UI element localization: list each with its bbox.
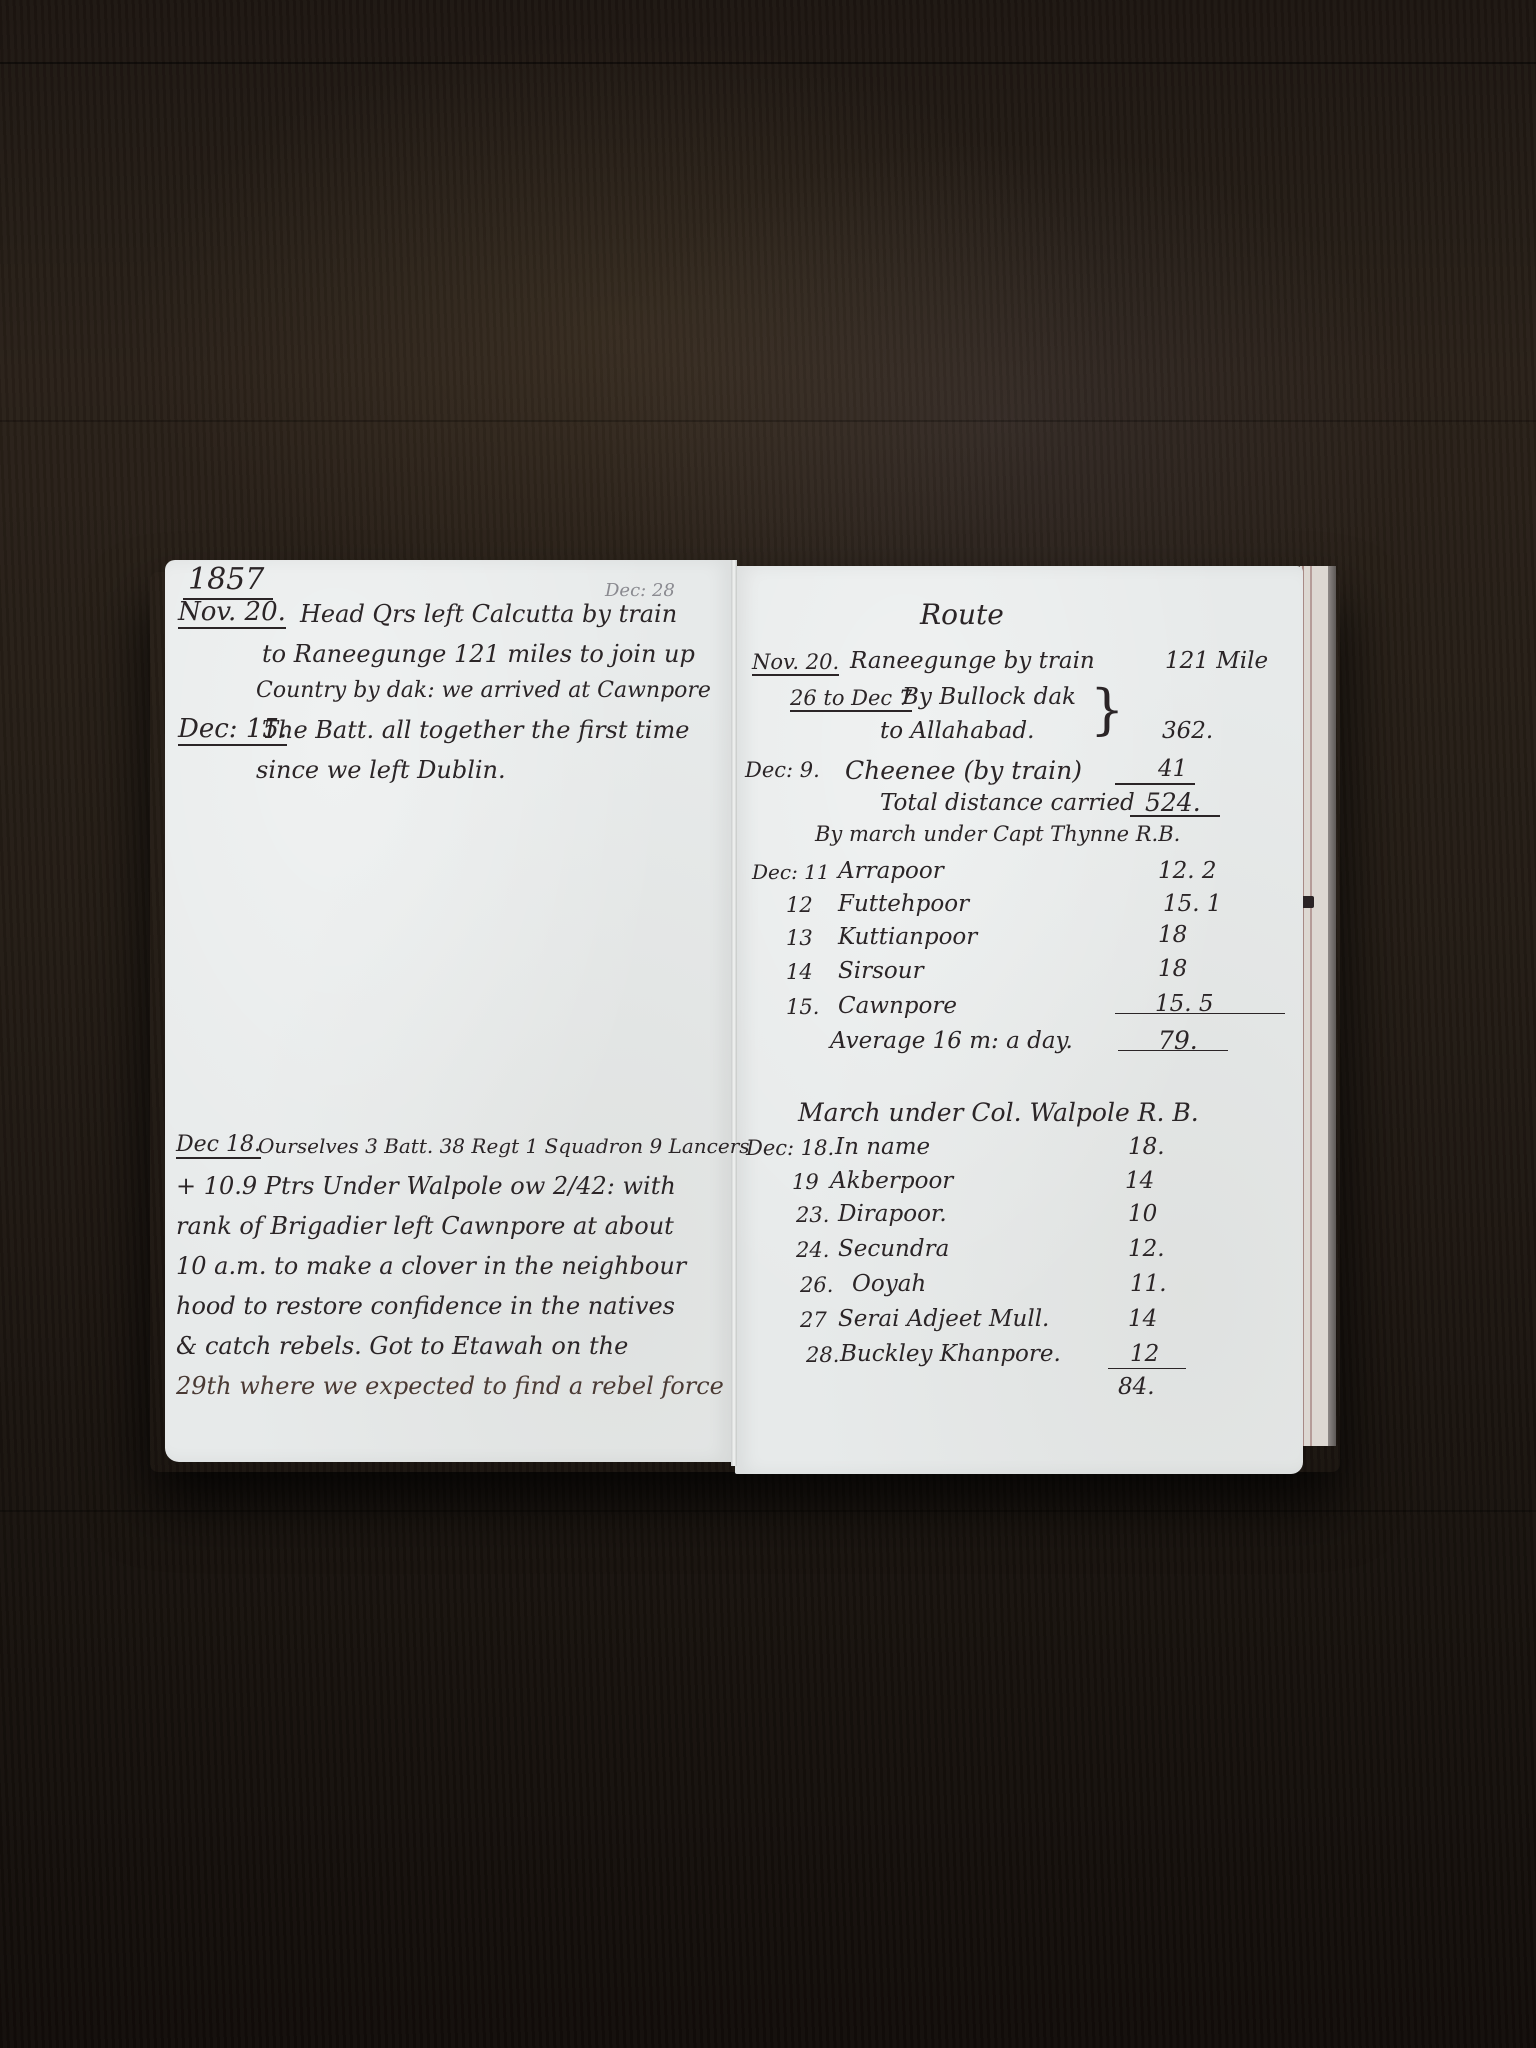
march-heading: By march under Capt Thynne R.B. [815, 822, 1180, 846]
table-plank-seam [0, 1510, 1536, 1512]
route-place: Kuttianpoor [838, 924, 977, 950]
route-distance: 41 [1158, 756, 1187, 782]
route-place: Arrapoor [838, 858, 944, 884]
route-distance: 14 [1125, 1168, 1154, 1194]
route-place: Secundra [838, 1236, 949, 1262]
sum-rule [1115, 1013, 1285, 1014]
route-place: Buckley Khanpore. [840, 1341, 1061, 1367]
route-date: 15. [786, 995, 819, 1019]
route-date: 26. [800, 1273, 833, 1297]
total-underline [1130, 815, 1220, 817]
entry-line: 10 a.m. to make a clover in the neighbou… [176, 1252, 686, 1280]
total-distance-value: 524. [1145, 788, 1201, 817]
route-date: 24. [796, 1238, 829, 1262]
route-place: Cawnpore [838, 993, 957, 1019]
route-distance: 12. [1128, 1236, 1165, 1262]
route-distance: 12. 2 [1158, 858, 1217, 884]
route-place: Cheenee (by train) [845, 756, 1082, 785]
entry-line: The Batt. all together the first time [262, 716, 689, 744]
route-date: 26 to Dec 7 [790, 686, 912, 712]
entry-date: Dec 18. [176, 1132, 261, 1159]
route-distance: 18. [1128, 1134, 1165, 1160]
route-place: By Bullock dak [902, 684, 1076, 710]
route-place: Dirapoor. [838, 1201, 947, 1227]
route-place: Futtehpoor [838, 891, 969, 917]
route-distance: 362. [1162, 718, 1213, 744]
entry-line: 29th where we expected to find a rebel f… [176, 1372, 724, 1400]
route-distance: 12 [1130, 1341, 1159, 1367]
year-heading: 1857 [188, 562, 264, 597]
route-date: 27 [800, 1308, 827, 1332]
route-date: 12 [786, 893, 813, 917]
entry-line: to Raneegunge 121 miles to join up [262, 640, 695, 668]
route-date: 19 [792, 1170, 819, 1194]
total-distance-label: Total distance carried [880, 790, 1135, 816]
entry-line: hood to restore confidence in the native… [176, 1292, 675, 1320]
route-distance: 18 [1158, 956, 1187, 982]
entry-line: + 10.9 Ptrs Under Walpole ow 2/42: with [176, 1172, 676, 1200]
route-date: Nov. 20. [752, 650, 839, 676]
march-total: 84. [1118, 1374, 1155, 1400]
route-distance: 121 Mile [1165, 648, 1268, 674]
route-place: Sirsour [838, 958, 924, 984]
average-label: Average 16 m: a day. [830, 1028, 1073, 1054]
route-place: Serai Adjeet Mull. [838, 1306, 1049, 1332]
total-underline [1118, 1050, 1228, 1051]
table-plank-seam [0, 420, 1536, 422]
sum-rule [1115, 783, 1195, 785]
entry-line: Head Qrs left Calcutta by train [300, 600, 677, 628]
sum-rule [1108, 1368, 1186, 1369]
route-date: 14 [786, 960, 813, 984]
entry-line: since we left Dublin. [256, 756, 506, 784]
route-date: Dec: 18. [746, 1136, 834, 1160]
route-date: 23. [796, 1203, 829, 1227]
route-place: Raneegunge by train [850, 648, 1095, 674]
red-edge-rule [1310, 566, 1312, 1446]
route-distance: 14 [1128, 1306, 1157, 1332]
entry-line: & catch rebels. Got to Etawah on the [176, 1332, 628, 1360]
entry-line: rank of Brigadier left Cawnpore at about [176, 1212, 674, 1240]
route-place: Akberpoor [830, 1168, 953, 1194]
march-heading: March under Col. Walpole R. B. [798, 1098, 1199, 1127]
entry-line: Country by dak: we arrived at Cawnpore [256, 678, 711, 703]
entry-line: Ourselves 3 Batt. 38 Regt 1 Squadron 9 L… [258, 1134, 750, 1158]
route-distance: 18 [1158, 922, 1187, 948]
route-place: In name [835, 1134, 930, 1160]
route-distance: 10 [1128, 1201, 1157, 1227]
route-distance: 11. [1130, 1271, 1167, 1297]
route-date: 28. [806, 1343, 839, 1367]
route-date: 13 [786, 926, 813, 950]
route-title: Route [920, 598, 1004, 631]
book-cover-edge [1328, 566, 1336, 1446]
entry-date: Nov. 20. [178, 597, 286, 629]
route-date: Dec: 9. [745, 758, 820, 782]
route-place: to Allahabad. [880, 718, 1034, 744]
route-place: Ooyah [852, 1271, 926, 1297]
table-plank-seam [0, 62, 1536, 64]
corner-date-note: Dec: 28 [605, 580, 675, 601]
book-gutter [731, 560, 737, 1466]
route-date: Dec: 11 [752, 860, 830, 884]
route-distance: 15. 1 [1163, 891, 1222, 917]
grouping-brace: } [1090, 678, 1124, 741]
page-edge-stack [1300, 566, 1336, 1446]
